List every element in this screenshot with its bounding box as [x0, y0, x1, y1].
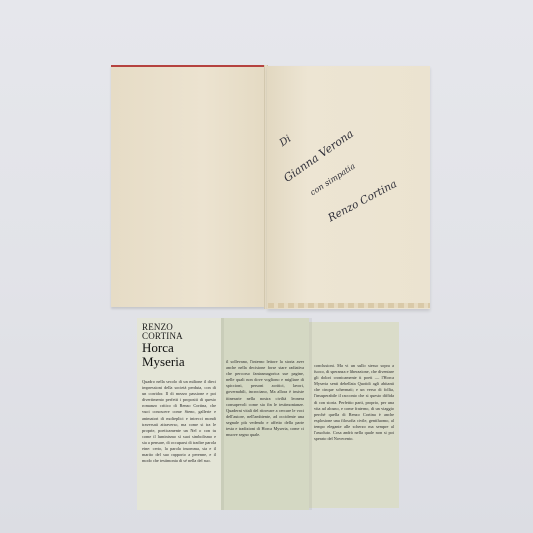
page-block-edge — [268, 303, 430, 308]
insert-body-text: conclusioni. Ma vi un sullo stesso sopra… — [314, 363, 394, 442]
handwritten-dedication: Di Gianna Verona con simpatia Renzo Cort… — [279, 133, 429, 253]
insert-panel-1: RENZO CORTINA Horca Myseria Quadro nella… — [137, 318, 221, 510]
fold-line — [221, 318, 224, 510]
open-book: Di Gianna Verona con simpatia Renzo Cort… — [111, 63, 431, 309]
insert-panel-2: il sollevano, l'interno lettore la stori… — [221, 318, 309, 510]
insert-body-text: il sollevano, l'interno lettore la stori… — [226, 359, 304, 438]
dedication-line: con simpatia — [309, 162, 357, 198]
insert-body-text: Quadro nella secolo di un milione il die… — [142, 379, 216, 464]
dedication-line: Di — [278, 134, 293, 149]
left-page — [111, 65, 265, 307]
insert-title: Horca Myseria — [142, 341, 216, 369]
publisher-insert-leaflet: RENZO CORTINA Horca Myseria Quadro nella… — [137, 318, 399, 510]
insert-panel-3: conclusioni. Ma vi un sullo stesso sopra… — [309, 322, 399, 508]
fold-line — [309, 318, 312, 510]
insert-author: RENZO CORTINA — [142, 323, 216, 341]
signature: Renzo Cortina — [326, 178, 399, 224]
